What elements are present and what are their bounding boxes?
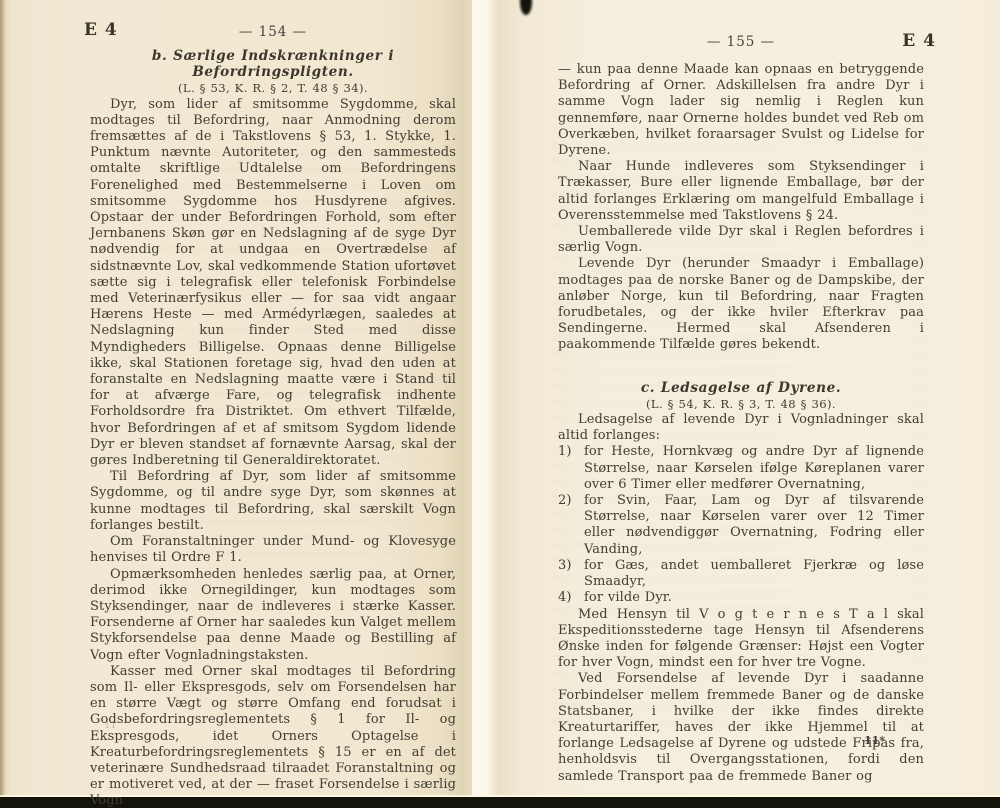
edition-mark: E 4 (558, 31, 936, 51)
signature-mark: 11* (864, 734, 885, 747)
body-paragraph: Dyr, som lider af smitsomme Sygdomme, sk… (90, 97, 456, 470)
list-marker: 2) (558, 493, 584, 558)
list-item: 4) for vilde Dyr. (558, 590, 924, 606)
section-reference: (L. § 53, K. R. § 2, T. 48 § 34). (90, 80, 456, 96)
body-paragraph: Ledsagelse af levende Dyr i Vognladninge… (558, 412, 924, 444)
bleedthrough-mark: 11 (104, 720, 117, 731)
body-paragraph: Opmærksomheden henledes særlig paa, at O… (90, 567, 456, 664)
section-heading: c. Ledsagelse af Dyrene. (558, 380, 924, 396)
list-item: 1) for Heste, Hornkvæg og andre Dyr af l… (558, 444, 924, 493)
book-scan: E 4 — 154 — b. Særlige Indskrænkninger i… (0, 0, 1000, 808)
list-marker: 1) (558, 444, 584, 493)
body-paragraph: Levende Dyr (herunder Smaadyr i Emballag… (558, 256, 924, 353)
body-paragraph: Til Befordring af Dyr, som lider af smit… (90, 469, 456, 534)
left-page: E 4 — 154 — b. Særlige Indskrænkninger i… (0, 0, 472, 797)
list-text: for Svin, Faar, Lam og Dyr af tilsvarend… (584, 493, 924, 558)
section-heading: b. Særlige Indskrænkninger i Befordrings… (90, 48, 456, 80)
list-marker: 4) (558, 590, 584, 606)
body-paragraph: Med Hensyn til V o g t e r n e s T a l s… (558, 607, 924, 672)
body-paragraph: Ved Forsendelse af levende Dyr i saadann… (558, 671, 924, 784)
page-number: — 154 — (90, 24, 456, 40)
section-reference: (L. § 54, K. R. § 3, T. 48 § 36). (558, 396, 924, 412)
list-item: 2) for Svin, Faar, Lam og Dyr af tilsvar… (558, 493, 924, 558)
right-text-column: — kun paa denne Maade kan opnaas en betr… (558, 62, 924, 785)
body-paragraph: — kun paa denne Maade kan opnaas en betr… (558, 62, 924, 159)
body-paragraph: Om Foranstaltninger under Mund- og Klove… (90, 534, 456, 566)
body-paragraph: Naar Hunde indleveres som Styksendinger … (558, 159, 924, 224)
list-marker: 3) (558, 558, 584, 590)
list-text: for vilde Dyr. (584, 590, 924, 606)
list-item: 3) for Gæs, andet uemballeret Fjerkræ og… (558, 558, 924, 590)
body-paragraph: Uemballerede vilde Dyr skal i Reglen bef… (558, 224, 924, 256)
list-text: for Heste, Hornkvæg og andre Dyr af lign… (584, 444, 924, 493)
section-c: c. Ledsagelse af Dyrene. (L. § 54, K. R.… (558, 380, 924, 412)
body-paragraph: Kasser med Orner skal modtages til Befor… (90, 664, 456, 808)
right-page: — 155 — E 4 — kun paa denne Maade kan op… (472, 0, 1000, 797)
list-text: for Gæs, andet uemballeret Fjerkræ og lø… (584, 558, 924, 590)
left-text-column: b. Særlige Indskrænkninger i Befordrings… (90, 48, 456, 808)
